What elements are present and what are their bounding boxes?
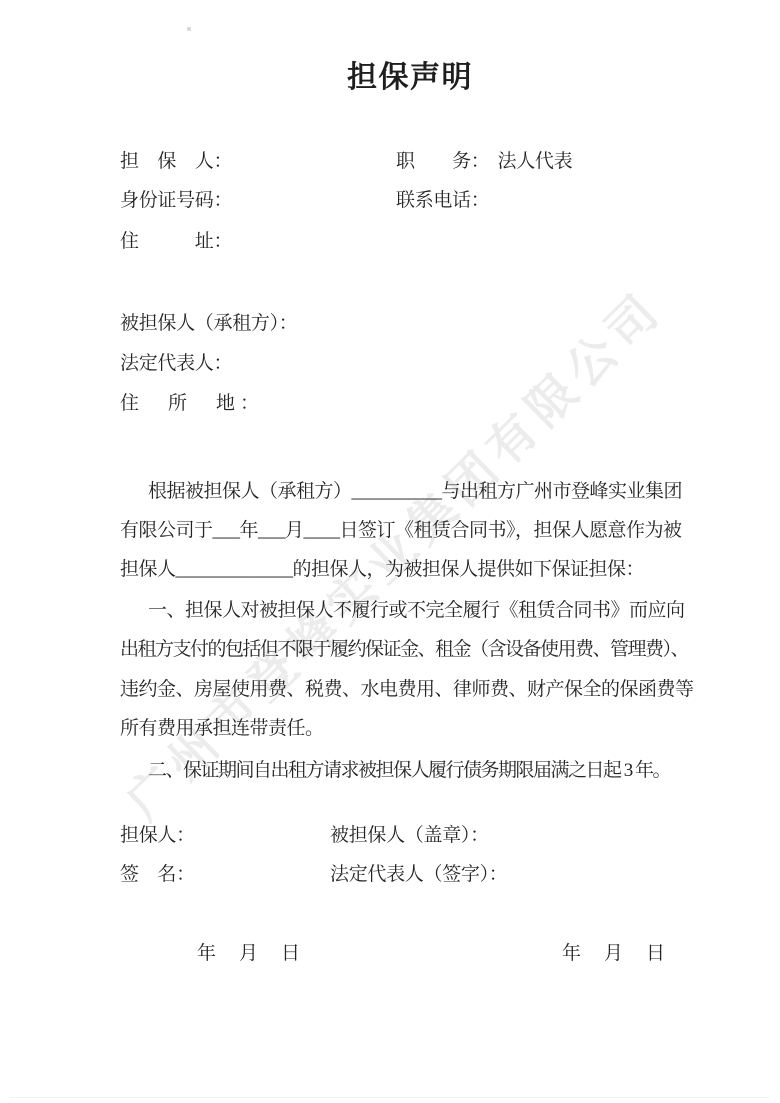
guarantor-signature-label: 担保人： [120, 823, 195, 849]
body-line: 根据被担保人（承租方）__________与出租方广州市登峰实业集团 [120, 479, 682, 505]
position-row: 职 务：法人代表 [396, 149, 572, 175]
domicile-label: 住 所 地： [120, 391, 264, 417]
body-line: 所有费用承担连带责任。 [120, 716, 324, 742]
body-line: 出租方支付的包括但不限于履约保证金、租金（含设备使用费、管理费）、 [120, 637, 688, 663]
insured-seal-label: 被担保人（盖章）： [330, 823, 489, 849]
scan-edge-artifact [10, 1097, 770, 1098]
legal-representative-label: 法定代表人： [120, 351, 232, 377]
body-line: 有限公司于___年___月____日签订《租赁合同书》，担保人愿意作为被 [120, 518, 682, 544]
sign-name-label: 签 名： [120, 862, 195, 888]
guarantor-name-label: 担 保 人： [120, 149, 232, 175]
body-line: 违约金、房屋使用费、税费、水电费用、律师费、财产保全的保函费等 [120, 677, 694, 703]
insured-party-label: 被担保人（承租方）： [120, 311, 298, 337]
phone-label: 联系电话： [396, 188, 490, 214]
document-page: 广州市登峰实业集团有限公司 担保声明 担 保 人： 职 务：法人代表 身份证号码… [0, 0, 780, 1103]
position-label: 职 务： [396, 151, 490, 172]
scan-artifact [187, 27, 191, 31]
page-title: 担保声明 [347, 61, 473, 95]
address-label: 住 址： [120, 229, 232, 255]
date-line-right: 年 月 日 [562, 941, 667, 967]
body-line: 二、保证期间自出租方请求被担保人履行债务期限届满之日起 3 年。 [120, 758, 670, 784]
position-value: 法人代表 [498, 151, 573, 172]
legal-rep-signature-label: 法定代表人（签字）： [330, 862, 508, 888]
body-line: 担保人_____________的担保人，为被担保人提供如下保证担保： [120, 557, 644, 583]
body-line: 一、担保人对被担保人不履行或不完全履行《租赁合同书》而应向 [120, 598, 685, 624]
id-number-label: 身份证号码： [120, 188, 232, 214]
date-line-left: 年 月 日 [197, 941, 302, 967]
